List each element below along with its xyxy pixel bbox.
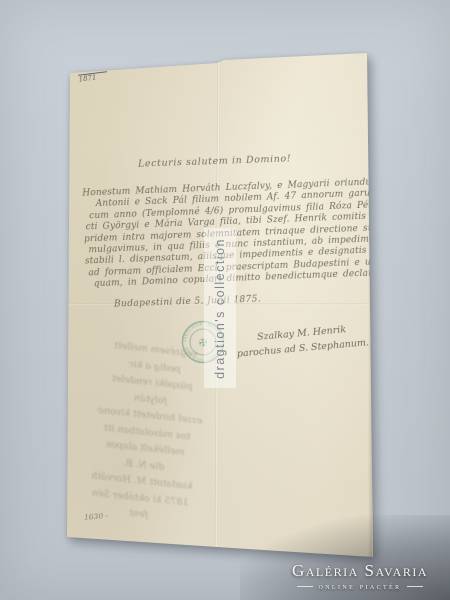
site-logo: Galéria Savaria online piactér [275,562,445,591]
dateline: Budapestini die 5. Junii 1875. [114,294,261,309]
signature-block: Szalkay M. Henrik parochus ad S. Stephan… [235,320,370,361]
site-logo-title: Galéria Savaria [275,562,445,580]
logo-rule-left [297,586,313,587]
site-logo-subtitle-row: online piactér [275,581,445,591]
auction-photo-page: { "photo": { "background_color": "#c3cad… [0,0,450,600]
logo-rule-right [407,586,423,587]
seller-watermark: dragtion's collection [204,228,236,388]
site-logo-subtitle: online piactér [318,581,401,591]
pencil-notation: 1630 - [84,511,109,522]
paper-sheet: 1830 p. 1871 Lecturis salutem in Domino!… [64,50,374,562]
docket-number: 1830 p. 1871 [77,62,108,83]
paper-edge-shadow [368,53,372,557]
seller-watermark-text: dragtion's collection [213,238,227,379]
salutation-line: Lecturis salutem in Domino! [138,153,292,169]
document-photo: 1830 p. 1871 Lecturis salutem in Domino!… [64,50,374,562]
